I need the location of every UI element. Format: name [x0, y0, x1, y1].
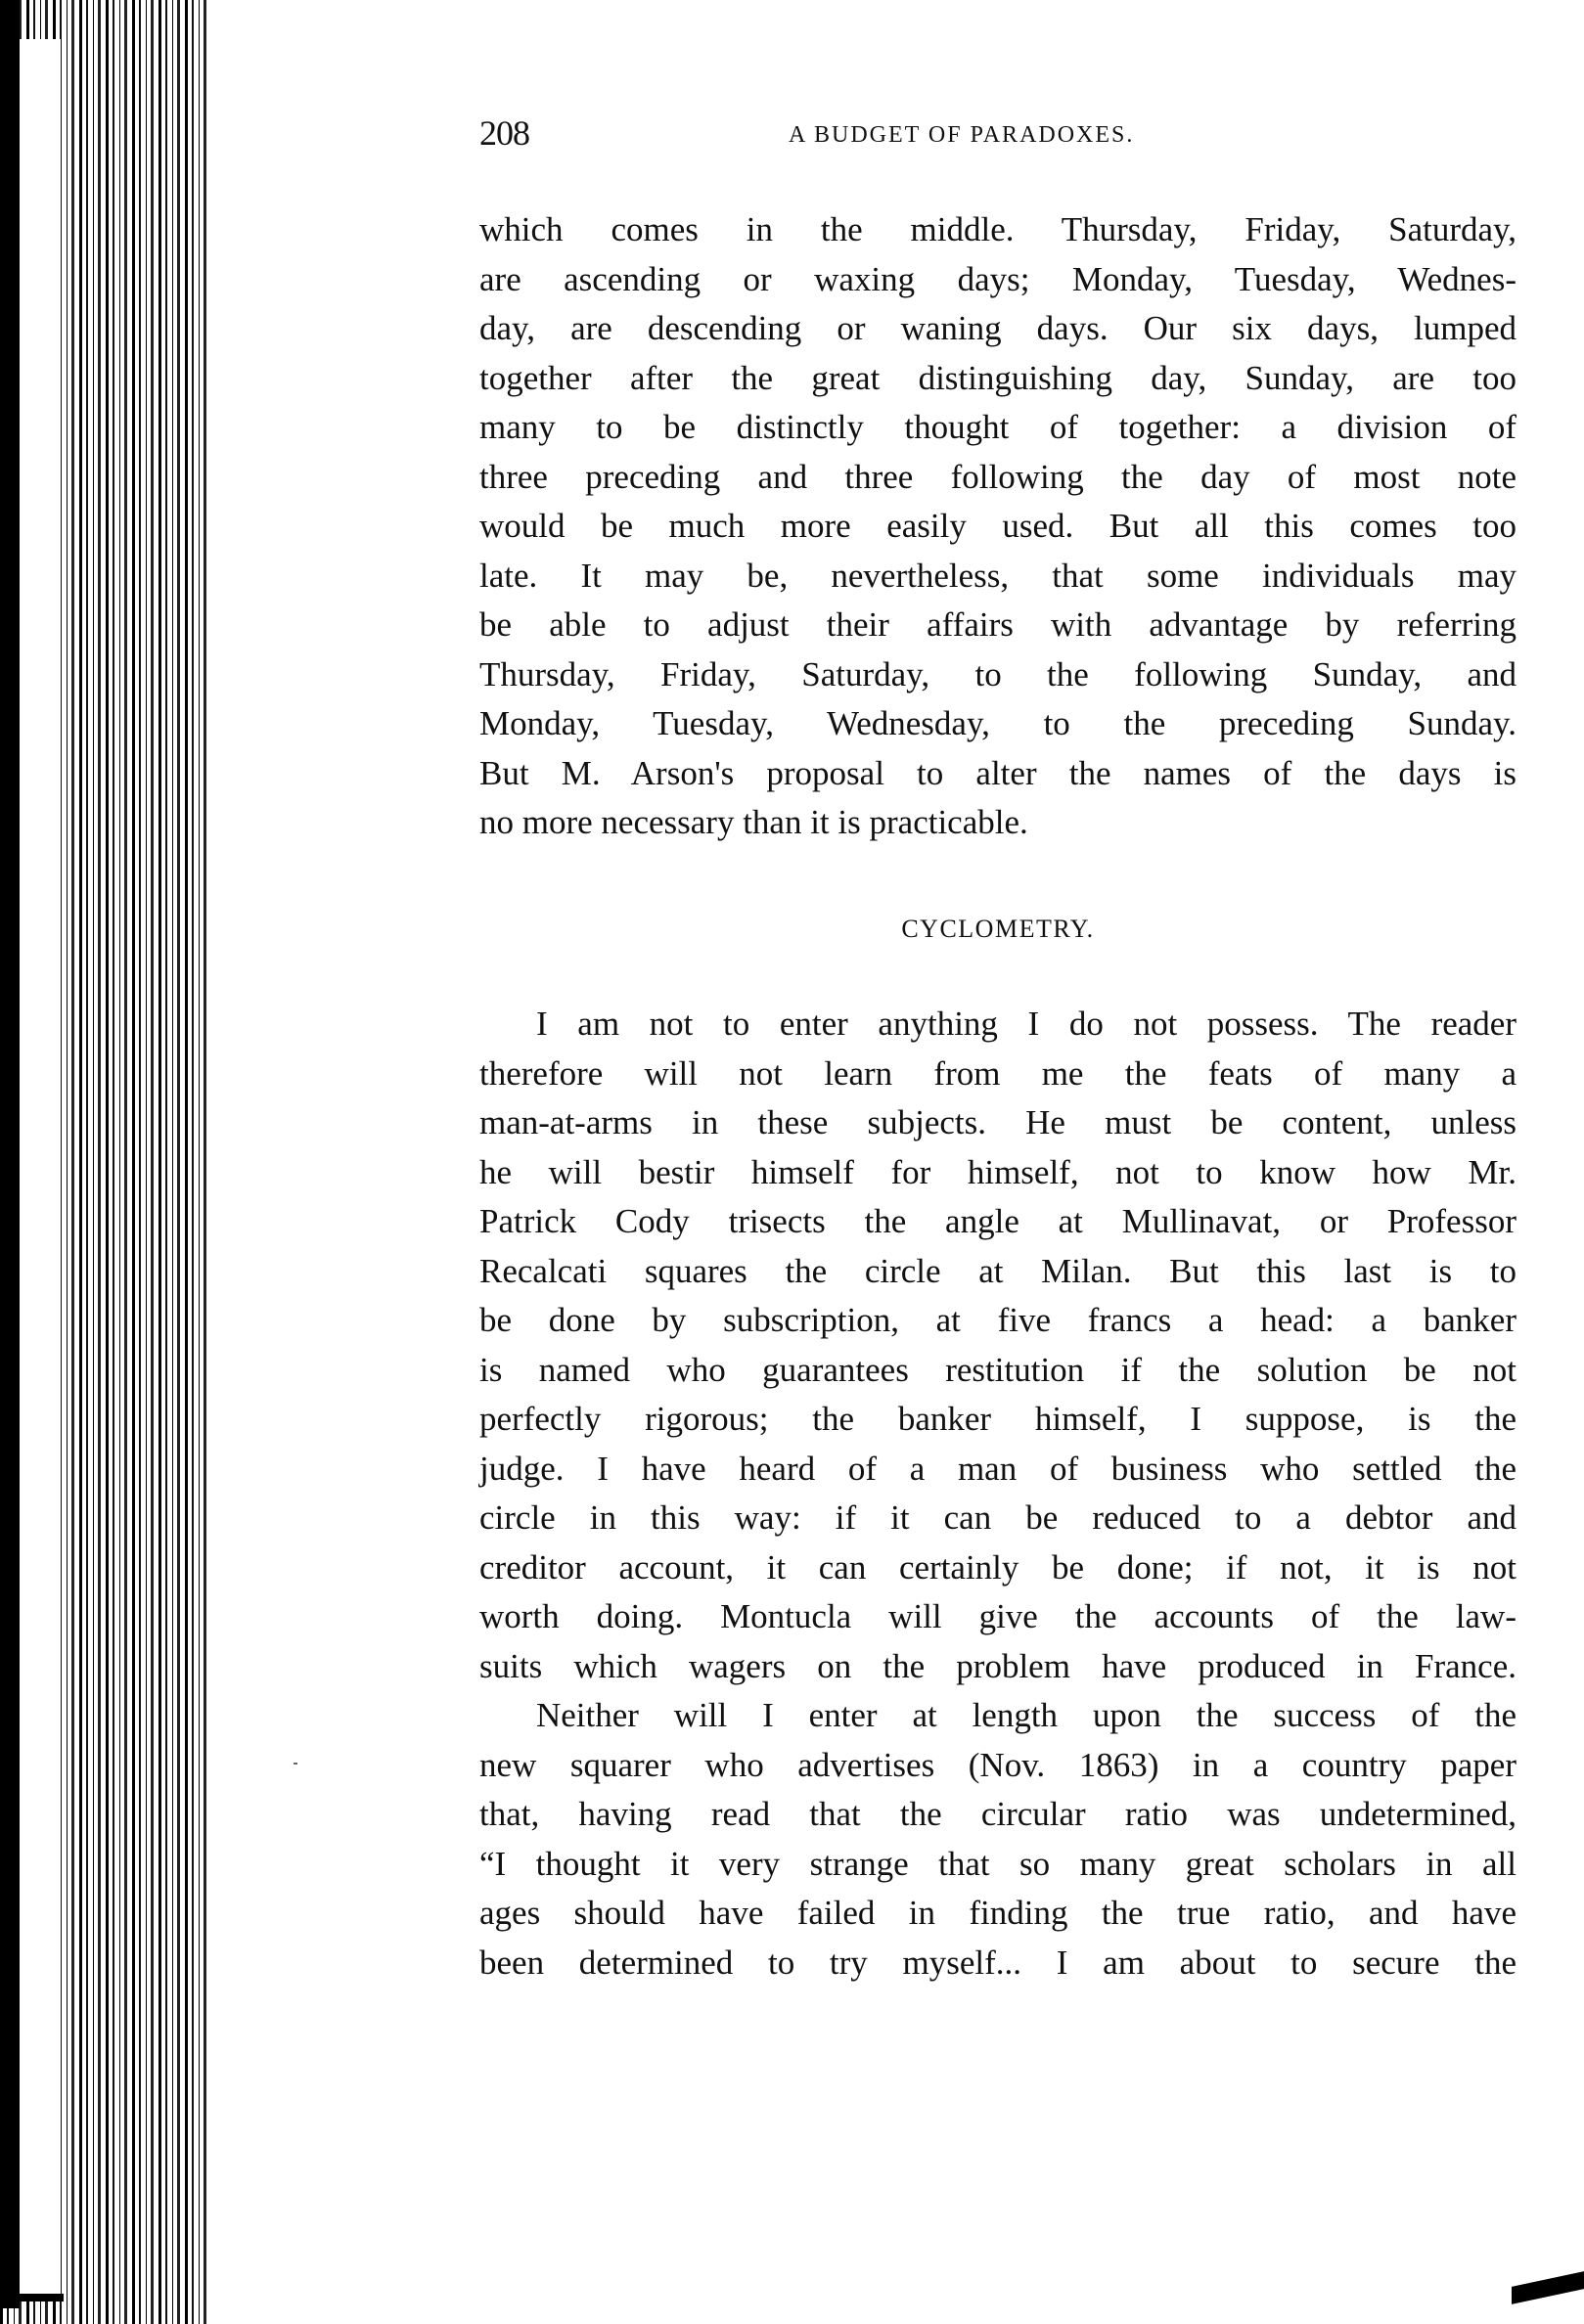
text-line: are ascending or waxing days; Monday, Tu… [479, 255, 1516, 305]
text-line: three preceding and three following the … [479, 453, 1516, 503]
text-line: is named who guarantees restitution if t… [479, 1346, 1516, 1396]
text-line: circle in this way: if it can be reduced… [479, 1494, 1516, 1543]
text-line: Neither will I enter at length upon the … [479, 1691, 1516, 1741]
text-line: Monday, Tuesday, Wednesday, to the prece… [479, 699, 1516, 749]
text-line: worth doing. Montucla will give the acco… [479, 1592, 1516, 1642]
text-line: day, are descending or waning days. Our … [479, 304, 1516, 354]
text-line: would be much more easily used. But all … [479, 502, 1516, 552]
text-line: judge. I have heard of a man of business… [479, 1445, 1516, 1495]
text-line: man-at-arms in these subjects. He must b… [479, 1098, 1516, 1148]
text-line: many to be distinctly thought of togethe… [479, 403, 1516, 453]
text-line: perfectly rigorous; the banker himself, … [479, 1395, 1516, 1445]
text-line: no more necessary than it is practicable… [479, 798, 1516, 848]
text-line: been determined to try myself... I am ab… [479, 1939, 1516, 1989]
text-line: new squarer who advertises (Nov. 1863) i… [479, 1741, 1516, 1791]
page-header: 208 A BUDGET OF PARADOXES. [479, 112, 1516, 171]
text-line: But M. Arson's proposal to alter the nam… [479, 749, 1516, 799]
scan-corner-artifact [1512, 2271, 1584, 2304]
text-line: creditor account, it can certainly be do… [479, 1543, 1516, 1593]
text-line: therefore will not learn from me the fea… [479, 1050, 1516, 1099]
spine-bottom-edge [0, 2294, 64, 2302]
paragraph-2: Neither will I enter at length upon the … [479, 1691, 1516, 1988]
text-line: be done by subscription, at five francs … [479, 1296, 1516, 1346]
running-title: A BUDGET OF PARADOXES. [789, 122, 1134, 149]
spine-gap [20, 39, 61, 2294]
text-line: that, having read that the circular rati… [479, 1790, 1516, 1840]
text-line: Recalcati squares the circle at Milan. B… [479, 1247, 1516, 1297]
text-line: be able to adjust their affairs with adv… [479, 601, 1516, 650]
page-number: 208 [479, 112, 529, 154]
section-body: I am not to enter anything I do not poss… [479, 1000, 1516, 1988]
text-line: Thursday, Friday, Saturday, to the follo… [479, 650, 1516, 700]
text-line: suits which wagers on the problem have p… [479, 1642, 1516, 1692]
paragraph-1: I am not to enter anything I do not poss… [479, 1000, 1516, 1691]
book-page-edges [0, 0, 210, 2324]
scan-speck [294, 1763, 297, 1765]
paragraph-continued: which comes in the middle. Thursday, Fri… [479, 205, 1516, 848]
text-line: late. It may be, nevertheless, that some… [479, 552, 1516, 602]
text-line: ages should have failed in finding the t… [479, 1889, 1516, 1939]
book-spine [0, 0, 20, 2308]
text-line: Patrick Cody trisects the angle at Mulli… [479, 1197, 1516, 1247]
section-heading: CYCLOMETRY. [479, 915, 1516, 944]
text-line: together after the great distinguishing … [479, 354, 1516, 404]
text-line: “I thought it very strange that so many … [479, 1840, 1516, 1890]
text-line: I am not to enter anything I do not poss… [479, 1000, 1516, 1050]
text-line: he will bestir himself for himself, not … [479, 1148, 1516, 1198]
text-line: which comes in the middle. Thursday, Fri… [479, 205, 1516, 255]
